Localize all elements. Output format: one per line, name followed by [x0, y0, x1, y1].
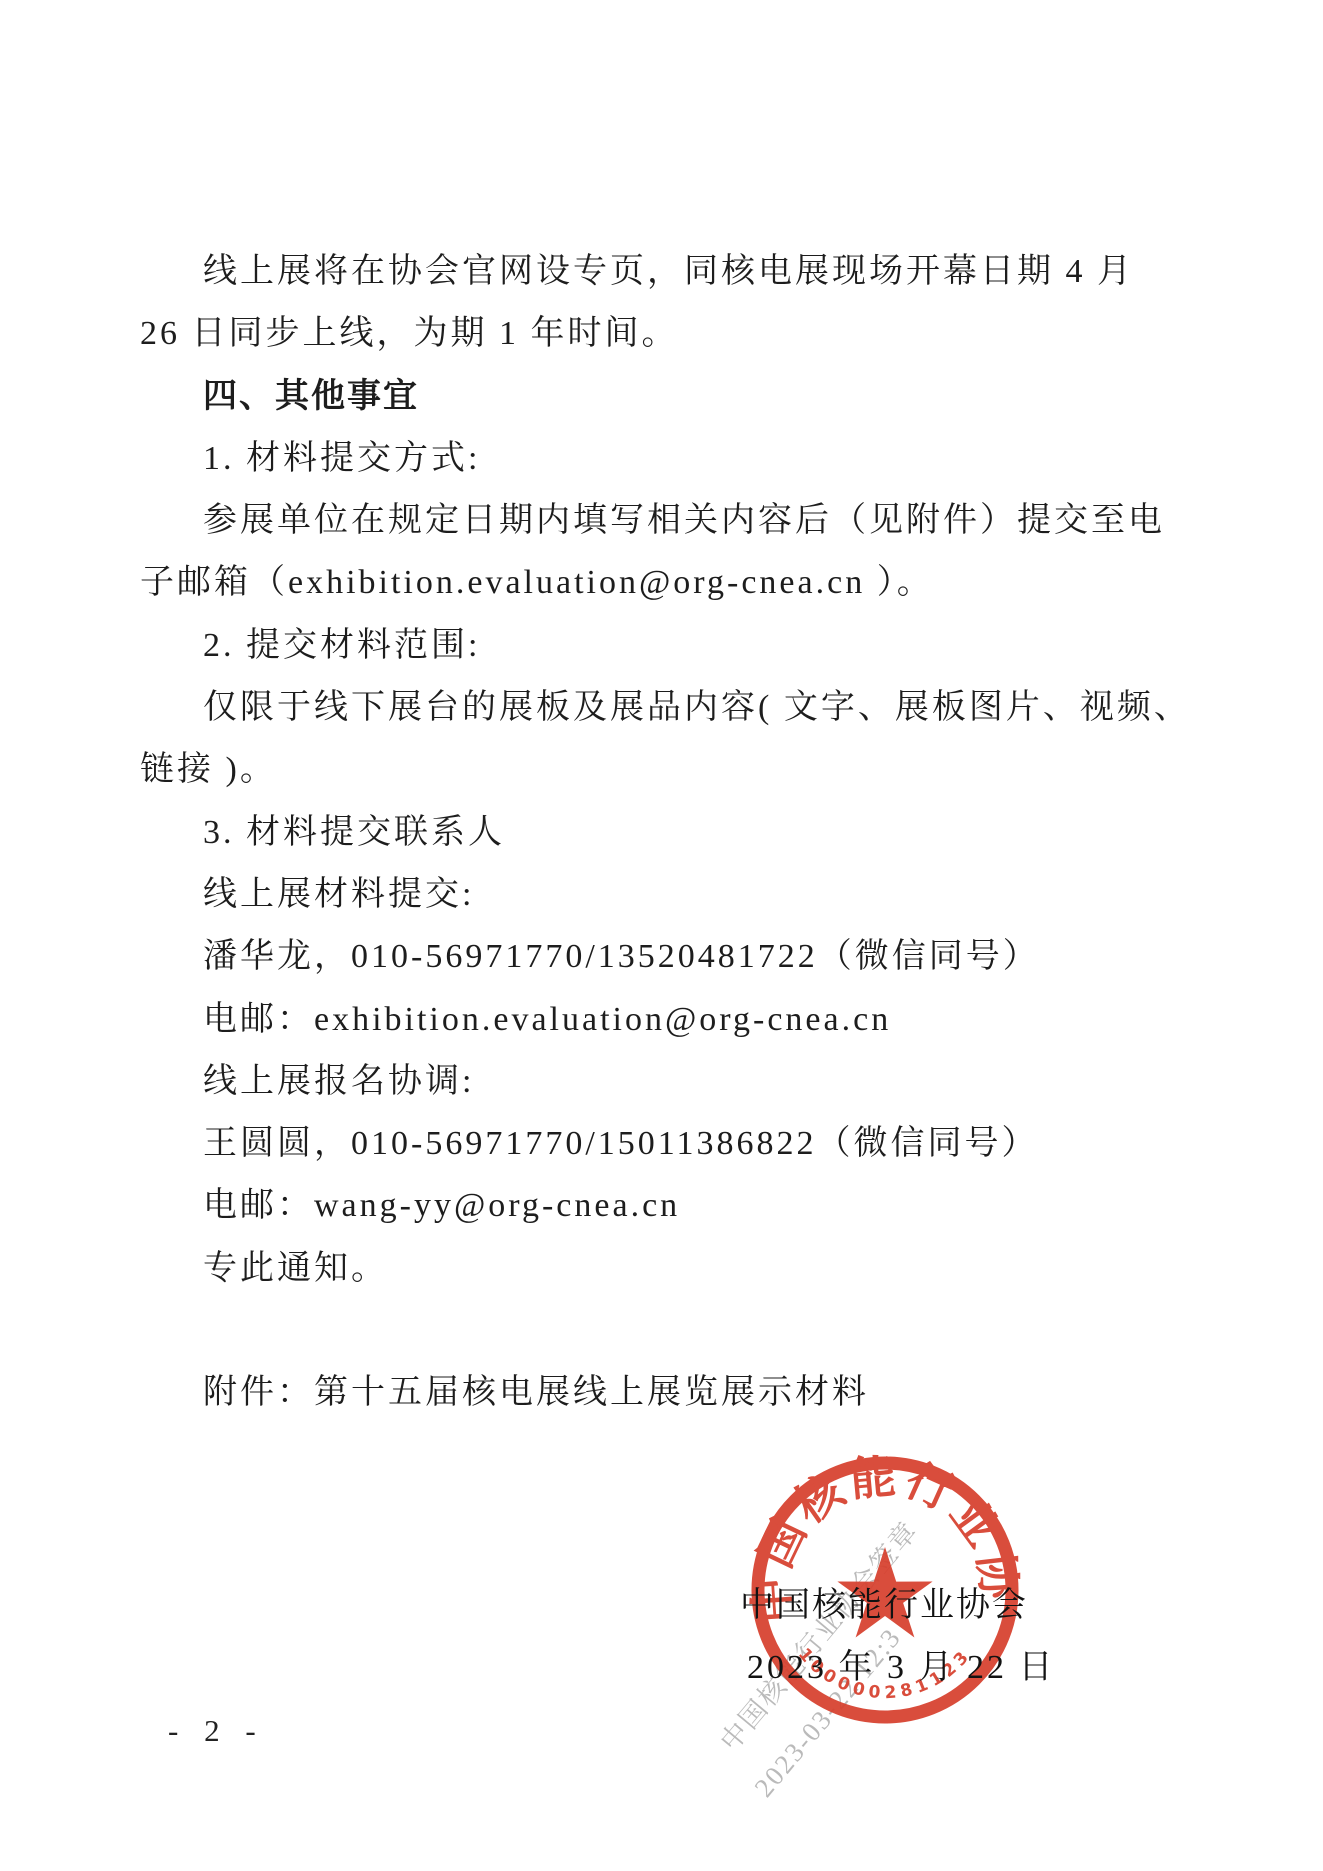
body-line: 电邮：wang-yy@org-cnea.cn [140, 1175, 1185, 1237]
section-heading: 四、其他事宜 [140, 366, 1185, 428]
signature-organization: 中国核能行业协会 [740, 1588, 1028, 1624]
body-line: 线上展将在协会官网设专页，同核电展现场开幕日期 4 月 [140, 241, 1185, 303]
body-line: 仅限于线下展台的展板及展品内容( 文字、展板图片、视频、 [140, 677, 1185, 739]
body-line: 线上展报名协调: [140, 1051, 1185, 1113]
signature-date: 2023 年 3 月 22 日 [747, 1650, 1056, 1686]
body-line: 2. 提交材料范围: [140, 615, 1185, 677]
body-line: 王圆圆，010-56971770/15011386822（微信同号） [140, 1113, 1185, 1175]
body-line: 参展单位在规定日期内填写相关内容后（见附件）提交至电 [140, 490, 1185, 552]
body-line: 3. 材料提交联系人 [140, 802, 1185, 864]
body-line: 26 日同步上线，为期 1 年时间。 [140, 303, 1185, 365]
document-body: 线上展将在协会官网设专页，同核电展现场开幕日期 4 月 26 日同步上线，为期 … [140, 241, 1185, 1425]
document-page: 线上展将在协会官网设专页，同核电展现场开幕日期 4 月 26 日同步上线，为期 … [0, 0, 1323, 1871]
body-line: 潘华龙，010-56971770/13520481722（微信同号） [140, 926, 1185, 988]
body-line: 链接 )。 [140, 739, 1185, 801]
body-line: 线上展材料提交: [140, 864, 1185, 926]
body-line: 专此通知。 [140, 1238, 1185, 1300]
body-line: 1. 材料提交方式: [140, 428, 1185, 490]
body-line: 子邮箱（exhibition.evaluation@org-cnea.cn ）。 [140, 552, 1185, 614]
blank-line [140, 1300, 1185, 1362]
page-number: - 2 - [168, 1714, 265, 1748]
body-line: 电邮：exhibition.evaluation@org-cnea.cn [140, 989, 1185, 1051]
attachment-line: 附件：第十五届核电展线上展览展示材料 [140, 1362, 1185, 1424]
